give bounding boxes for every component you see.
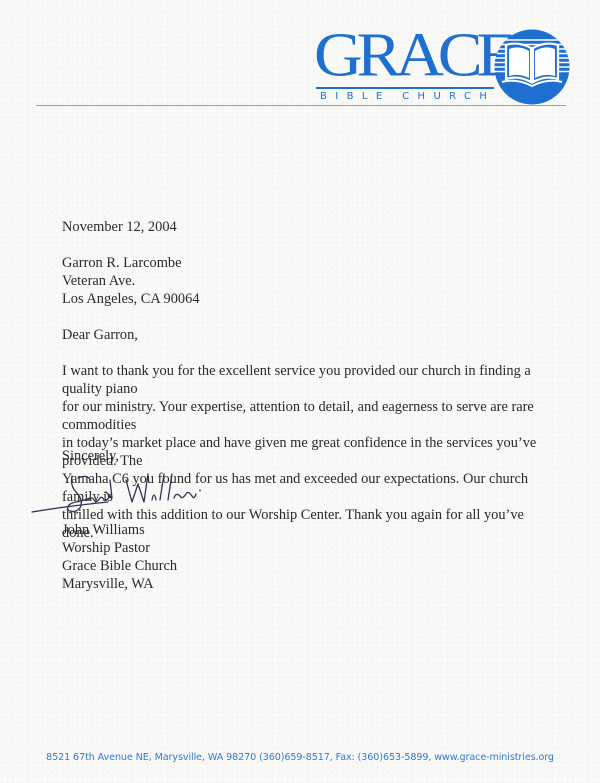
- signer-name: John Williams: [62, 521, 177, 539]
- recipient-name: Garron R. Larcombe: [62, 254, 562, 272]
- body-line: in today’s market place and have given m…: [62, 434, 554, 470]
- body-line: for our ministry. Your expertise, attent…: [62, 398, 554, 434]
- signer-block: John Williams Worship Pastor Grace Bible…: [62, 521, 177, 593]
- signer-organization: Grace Bible Church: [62, 557, 177, 575]
- signer-title: Worship Pastor: [62, 539, 177, 557]
- letter-date: November 12, 2004: [62, 218, 562, 236]
- closing: Sincerely,: [62, 447, 119, 465]
- header-divider: [36, 105, 566, 106]
- footer-contact: 8521 67th Avenue NE, Marysville, WA 9827…: [0, 752, 600, 763]
- logo-wordmark: GRACE: [314, 27, 512, 84]
- body-line: I want to thank you for the excellent se…: [62, 362, 554, 398]
- church-logo: GRACE BIBLE CHURCH: [312, 26, 574, 108]
- salutation: Dear Garron,: [62, 326, 562, 344]
- logo-subtitle: BIBLE CHURCH: [320, 91, 495, 102]
- recipient-street: Veteran Ave.: [62, 272, 562, 290]
- open-bible-icon: [494, 29, 570, 105]
- recipient-city: Los Angeles, CA 90064: [62, 290, 562, 308]
- recipient-address: Garron R. Larcombe Veteran Ave. Los Ange…: [62, 254, 562, 308]
- logo-underline: [316, 87, 494, 89]
- signer-location: Marysville, WA: [62, 575, 177, 593]
- handwritten-signature: [28, 470, 208, 520]
